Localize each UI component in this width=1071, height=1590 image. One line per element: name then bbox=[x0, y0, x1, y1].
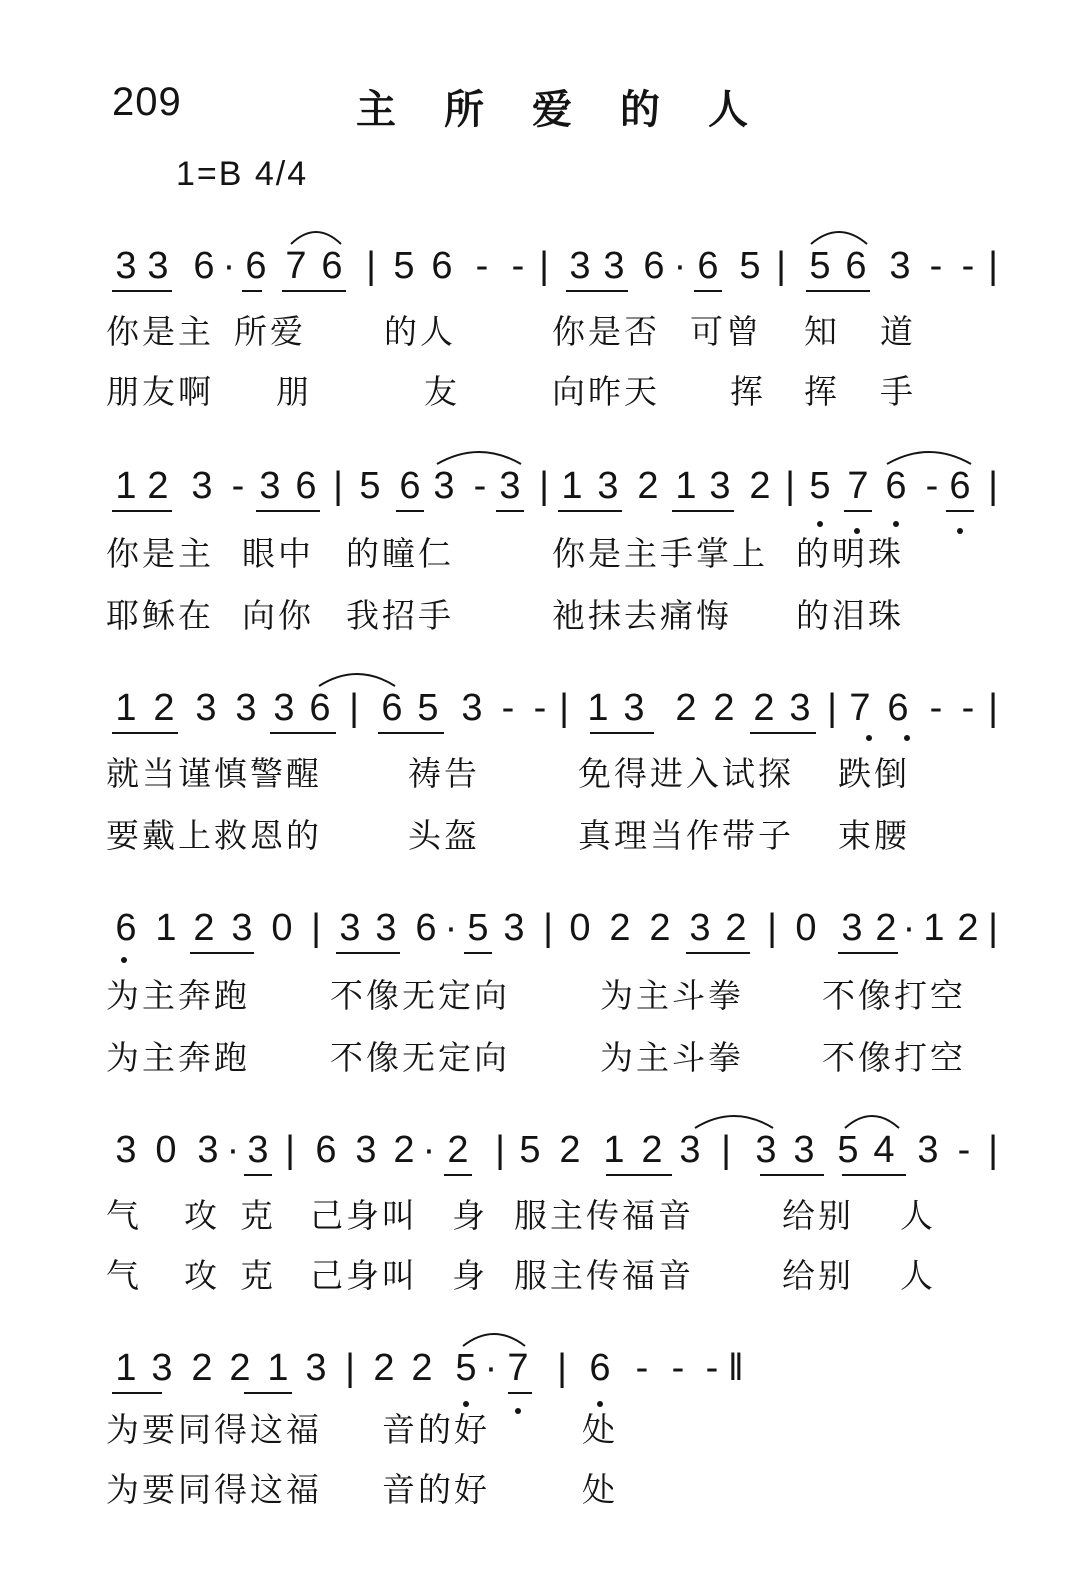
sustain-dash: - bbox=[668, 1346, 688, 1390]
lyric-phrase: 身 bbox=[452, 1196, 488, 1236]
note: 5 bbox=[464, 906, 492, 950]
note: 5 bbox=[516, 1128, 544, 1172]
lyric-phrase: 你是主 bbox=[106, 534, 214, 574]
lyric-phrase: 的泪珠 bbox=[796, 596, 904, 636]
lyric-phrase: 气 bbox=[106, 1256, 142, 1296]
eighth-beam bbox=[112, 1392, 162, 1394]
barline: | bbox=[987, 906, 999, 950]
note: 2 bbox=[408, 1346, 436, 1390]
note: 2 bbox=[556, 1128, 584, 1172]
lyrics-verse-2: 气攻克己身叫身服主传福音给别人 bbox=[0, 1256, 1071, 1300]
note: 3 bbox=[790, 1128, 818, 1172]
barline: | bbox=[556, 1346, 568, 1390]
notation-line: 61230|336·53|02232|032·12| bbox=[0, 906, 1071, 986]
lyric-phrase: 手 bbox=[880, 372, 916, 412]
lyric-phrase: 音的好 bbox=[382, 1470, 490, 1510]
note: 3 bbox=[566, 244, 594, 288]
note: 3 bbox=[914, 1128, 942, 1172]
barline: | bbox=[826, 686, 838, 730]
lyric-phrase: 克 bbox=[240, 1256, 276, 1296]
lyric-phrase: 的瞳仁 bbox=[346, 534, 454, 574]
note: 6 bbox=[412, 906, 440, 950]
sustain-dash: - bbox=[958, 244, 978, 288]
augmentation-dot: · bbox=[444, 906, 458, 950]
hymn-number: 209 bbox=[112, 80, 182, 125]
note: 2 bbox=[710, 686, 738, 730]
note: 2 bbox=[144, 464, 172, 508]
note: 1 bbox=[152, 906, 180, 950]
note: 3 bbox=[112, 1128, 140, 1172]
barline: | bbox=[310, 906, 322, 950]
sustain-dash: - bbox=[926, 244, 946, 288]
note: 2 bbox=[370, 1346, 398, 1390]
note: 3 bbox=[600, 244, 628, 288]
lyrics-verse-2: 朋友啊朋友向昨天挥挥手 bbox=[0, 372, 1071, 416]
note: 2 bbox=[150, 686, 178, 730]
note: 3 bbox=[192, 686, 220, 730]
note: 5 bbox=[356, 464, 384, 508]
lyric-phrase: 友 bbox=[424, 372, 460, 412]
note: 6 bbox=[882, 464, 910, 508]
slur-arc bbox=[886, 444, 972, 468]
note: 3 bbox=[676, 1128, 704, 1172]
barline: | bbox=[987, 244, 999, 288]
barline: | bbox=[494, 1128, 506, 1172]
lyric-phrase: 真理当作带子 bbox=[578, 816, 794, 856]
note: 3 bbox=[270, 686, 298, 730]
note: 3 bbox=[336, 906, 364, 950]
lyric-phrase: 为主斗拳 bbox=[600, 1038, 744, 1078]
note: 1 bbox=[112, 686, 140, 730]
note: 2 bbox=[722, 906, 750, 950]
note: 1 bbox=[584, 686, 612, 730]
note: 1 bbox=[920, 906, 948, 950]
note: 6 bbox=[640, 244, 668, 288]
lyric-phrase: 我招手 bbox=[346, 596, 454, 636]
eighth-beam bbox=[244, 1392, 292, 1394]
eighth-beam bbox=[606, 1174, 672, 1176]
note: 3 bbox=[256, 464, 284, 508]
note: 6 bbox=[946, 464, 974, 508]
lyric-phrase: 跌倒 bbox=[838, 754, 910, 794]
lyric-phrase: 为要同得这福 bbox=[106, 1410, 322, 1450]
eighth-beam bbox=[806, 290, 870, 292]
note: 5 bbox=[806, 244, 834, 288]
slur-arc bbox=[290, 224, 342, 248]
notation-line: 123-36|563-3|132132|576-6| bbox=[0, 464, 1071, 544]
note: 3 bbox=[500, 906, 528, 950]
note: 7 bbox=[282, 244, 310, 288]
lyric-phrase: 服主传福音 bbox=[514, 1196, 694, 1236]
title-char: 爱 bbox=[532, 78, 620, 135]
note: 6 bbox=[292, 464, 320, 508]
eighth-beam bbox=[590, 732, 654, 734]
lyric-phrase: 给别 bbox=[782, 1256, 854, 1296]
augmentation-dot: · bbox=[222, 244, 236, 288]
note: 3 bbox=[302, 1346, 330, 1390]
lyric-phrase: 向昨天 bbox=[552, 372, 660, 412]
note: 6 bbox=[586, 1346, 614, 1390]
note: 3 bbox=[194, 1128, 222, 1172]
title-char: 所 bbox=[444, 78, 532, 135]
note: 6 bbox=[312, 1128, 340, 1172]
note: 3 bbox=[188, 464, 216, 508]
eighth-beam bbox=[566, 290, 628, 292]
note: 3 bbox=[706, 464, 734, 508]
lyric-phrase: 知 bbox=[804, 312, 840, 352]
barline: | bbox=[987, 1128, 999, 1172]
note: 5 bbox=[736, 244, 764, 288]
barline: | bbox=[558, 686, 570, 730]
note: 3 bbox=[458, 686, 486, 730]
augmentation-dot: · bbox=[673, 244, 687, 288]
note: 6 bbox=[378, 686, 406, 730]
note: 3 bbox=[352, 1128, 380, 1172]
note: 2 bbox=[638, 1128, 666, 1172]
note: 2 bbox=[872, 906, 900, 950]
lyric-phrase: 为主奔跑 bbox=[106, 976, 250, 1016]
note: 6 bbox=[842, 244, 870, 288]
barline: | bbox=[344, 1346, 356, 1390]
augmentation-dot: · bbox=[422, 1128, 436, 1172]
eighth-beam bbox=[112, 290, 172, 292]
lyric-phrase: 为主奔跑 bbox=[106, 1038, 250, 1078]
lyric-phrase: 你是否 bbox=[552, 312, 660, 352]
eighth-beam bbox=[242, 290, 262, 292]
eighth-beam bbox=[946, 510, 974, 512]
eighth-beam bbox=[686, 952, 750, 954]
lyric-phrase: 人 bbox=[900, 1256, 936, 1296]
slur-arc bbox=[694, 1108, 774, 1132]
lyric-phrase: 不像无定向 bbox=[330, 1038, 510, 1078]
note: 2 bbox=[606, 906, 634, 950]
eighth-beam bbox=[838, 952, 898, 954]
eighth-beam bbox=[270, 732, 336, 734]
sustain-dash: - bbox=[498, 686, 518, 730]
lyric-phrase: 的明珠 bbox=[796, 534, 904, 574]
lyric-phrase: 为要同得这福 bbox=[106, 1470, 322, 1510]
note: 6 bbox=[318, 244, 346, 288]
note: 2 bbox=[226, 1346, 254, 1390]
lyric-phrase: 攻 bbox=[184, 1256, 220, 1296]
note: 7 bbox=[504, 1346, 532, 1390]
note: 6 bbox=[396, 464, 424, 508]
note: 2 bbox=[390, 1128, 418, 1172]
sustain-dash: - bbox=[228, 464, 248, 508]
sustain-dash: - bbox=[470, 464, 490, 508]
note: 0 bbox=[268, 906, 296, 950]
note: 5 bbox=[452, 1346, 480, 1390]
sustain-dash: - bbox=[702, 1346, 722, 1390]
slur-arc bbox=[318, 666, 396, 690]
lyric-phrase: 为主斗拳 bbox=[600, 976, 744, 1016]
eighth-beam bbox=[396, 510, 424, 512]
low-octave-dot bbox=[904, 735, 910, 741]
low-octave-dot bbox=[866, 735, 872, 741]
eighth-beam bbox=[190, 952, 254, 954]
eighth-beam bbox=[760, 1174, 824, 1176]
eighth-beam bbox=[672, 510, 734, 512]
note: 6 bbox=[694, 244, 722, 288]
lyrics-verse-1: 你是主眼中的瞳仁你是主手掌上的明珠 bbox=[0, 534, 1071, 578]
note: 4 bbox=[870, 1128, 898, 1172]
lyric-phrase: 处 bbox=[582, 1470, 618, 1510]
lyrics-verse-1: 你是主所爱的人你是否可曾知道 bbox=[0, 312, 1071, 356]
lyric-phrase: 朋 bbox=[276, 372, 312, 412]
note: 7 bbox=[846, 686, 874, 730]
note: 0 bbox=[792, 906, 820, 950]
note: 3 bbox=[112, 244, 140, 288]
note: 5 bbox=[390, 244, 418, 288]
barline: | bbox=[538, 464, 550, 508]
note: 2 bbox=[954, 906, 982, 950]
note: 2 bbox=[634, 464, 662, 508]
lyric-phrase: 气 bbox=[106, 1196, 142, 1236]
note: 3 bbox=[244, 1128, 272, 1172]
note: 5 bbox=[806, 464, 834, 508]
low-octave-dot bbox=[817, 521, 823, 527]
barline: | bbox=[284, 1128, 296, 1172]
low-octave-dot bbox=[121, 957, 127, 963]
low-octave-dot bbox=[597, 1401, 603, 1407]
eighth-beam bbox=[496, 510, 524, 512]
note: 5 bbox=[414, 686, 442, 730]
barline: ‖ bbox=[728, 1346, 740, 1390]
barline: | bbox=[766, 906, 778, 950]
note: 2 bbox=[750, 686, 778, 730]
lyric-phrase: 不像无定向 bbox=[330, 976, 510, 1016]
lyric-phrase: 己身叫 bbox=[310, 1256, 418, 1296]
lyrics-verse-1: 为主奔跑不像无定向为主斗拳不像打空 bbox=[0, 976, 1071, 1020]
sustain-dash: - bbox=[954, 1128, 974, 1172]
eighth-beam bbox=[112, 510, 172, 512]
sustain-dash: - bbox=[958, 686, 978, 730]
key-signature: 1=B 4/4 bbox=[176, 155, 308, 194]
eighth-beam bbox=[256, 510, 320, 512]
lyric-phrase: 的人 bbox=[384, 312, 456, 352]
hymn-title: 主所爱的人 bbox=[356, 78, 796, 135]
lyric-phrase: 所爱 bbox=[234, 312, 306, 352]
title-char: 主 bbox=[356, 78, 444, 135]
barline: | bbox=[987, 464, 999, 508]
lyric-phrase: 克 bbox=[240, 1196, 276, 1236]
barline: | bbox=[784, 464, 796, 508]
sustain-dash: - bbox=[922, 464, 942, 508]
lyrics-verse-2: 耶稣在向你我招手祂抹去痛悔的泪珠 bbox=[0, 596, 1071, 640]
lyric-phrase: 要戴上救恩的 bbox=[106, 816, 322, 856]
eighth-beam bbox=[750, 732, 816, 734]
lyric-phrase: 朋友啊 bbox=[106, 372, 214, 412]
eighth-beam bbox=[508, 1392, 532, 1394]
eighth-beam bbox=[336, 952, 400, 954]
lyric-phrase: 就当谨慎警醒 bbox=[106, 754, 322, 794]
note: 7 bbox=[844, 464, 872, 508]
eighth-beam bbox=[378, 732, 444, 734]
augmentation-dot: · bbox=[226, 1128, 240, 1172]
eighth-beam bbox=[112, 732, 178, 734]
lyric-phrase: 挥 bbox=[730, 372, 766, 412]
note: 0 bbox=[566, 906, 594, 950]
lyric-phrase: 不像打空 bbox=[822, 1038, 966, 1078]
lyric-phrase: 处 bbox=[582, 1410, 618, 1450]
title-char: 的 bbox=[620, 78, 708, 135]
barline: | bbox=[987, 686, 999, 730]
note: 1 bbox=[672, 464, 700, 508]
note: 3 bbox=[144, 244, 172, 288]
augmentation-dot: · bbox=[484, 1346, 498, 1390]
eighth-beam bbox=[244, 1174, 272, 1176]
sustain-dash: - bbox=[926, 686, 946, 730]
note: 3 bbox=[232, 686, 260, 730]
note: 2 bbox=[646, 906, 674, 950]
lyric-phrase: 免得进入试探 bbox=[578, 754, 794, 794]
note: 3 bbox=[594, 464, 622, 508]
eighth-beam bbox=[558, 510, 622, 512]
note: 3 bbox=[786, 686, 814, 730]
sustain-dash: - bbox=[472, 244, 492, 288]
eighth-beam bbox=[694, 290, 722, 292]
note: 1 bbox=[112, 1346, 140, 1390]
note: 6 bbox=[190, 244, 218, 288]
lyric-phrase: 束腰 bbox=[838, 816, 910, 856]
low-octave-dot bbox=[463, 1401, 469, 1407]
lyric-phrase: 头盔 bbox=[408, 816, 480, 856]
note: 3 bbox=[372, 906, 400, 950]
lyric-phrase: 道 bbox=[880, 312, 916, 352]
title-char: 人 bbox=[708, 78, 796, 135]
augmentation-dot: · bbox=[902, 906, 916, 950]
lyric-phrase: 己身叫 bbox=[310, 1196, 418, 1236]
barline: | bbox=[542, 906, 554, 950]
lyric-phrase: 眼中 bbox=[242, 534, 314, 574]
lyric-phrase: 向你 bbox=[242, 596, 314, 636]
note: 2 bbox=[444, 1128, 472, 1172]
sustain-dash: - bbox=[508, 244, 528, 288]
lyrics-verse-2: 为要同得这福音的好处 bbox=[0, 1470, 1071, 1514]
lyric-phrase: 不像打空 bbox=[822, 976, 966, 1016]
eighth-beam bbox=[282, 290, 346, 292]
lyric-phrase: 祷告 bbox=[408, 754, 480, 794]
note: 3 bbox=[620, 686, 648, 730]
note: 1 bbox=[264, 1346, 292, 1390]
note: 6 bbox=[428, 244, 456, 288]
note: 3 bbox=[838, 906, 866, 950]
note: 2 bbox=[746, 464, 774, 508]
note: 6 bbox=[884, 686, 912, 730]
lyric-phrase: 可曾 bbox=[690, 312, 762, 352]
note: 3 bbox=[496, 464, 524, 508]
eighth-beam bbox=[842, 1174, 906, 1176]
note: 3 bbox=[686, 906, 714, 950]
note: 3 bbox=[752, 1128, 780, 1172]
lyrics-verse-1: 为要同得这福音的好处 bbox=[0, 1410, 1071, 1454]
eighth-beam bbox=[444, 1174, 472, 1176]
note: 2 bbox=[190, 906, 218, 950]
lyric-phrase: 耶稣在 bbox=[106, 596, 214, 636]
barline: | bbox=[720, 1128, 732, 1172]
lyric-phrase: 音的好 bbox=[382, 1410, 490, 1450]
lyric-phrase: 祂抹去痛悔 bbox=[552, 596, 732, 636]
slur-arc bbox=[810, 224, 868, 248]
lyric-phrase: 人 bbox=[900, 1196, 936, 1236]
note: 0 bbox=[152, 1128, 180, 1172]
sustain-dash: - bbox=[530, 686, 550, 730]
note: 1 bbox=[558, 464, 586, 508]
slur-arc bbox=[844, 1108, 900, 1132]
note: 3 bbox=[148, 1346, 176, 1390]
barline: | bbox=[365, 244, 377, 288]
barline: | bbox=[332, 464, 344, 508]
lyrics-verse-1: 气攻克己身叫身服主传福音给别人 bbox=[0, 1196, 1071, 1240]
lyric-phrase: 挥 bbox=[804, 372, 840, 412]
lyric-phrase: 你是主手掌上 bbox=[552, 534, 768, 574]
lyric-phrase: 给别 bbox=[782, 1196, 854, 1236]
lyrics-verse-2: 要戴上救恩的头盔真理当作带子束腰 bbox=[0, 816, 1071, 860]
note: 3 bbox=[886, 244, 914, 288]
eighth-beam bbox=[464, 952, 492, 954]
note: 1 bbox=[112, 464, 140, 508]
barline: | bbox=[775, 244, 787, 288]
lyric-phrase: 服主传福音 bbox=[514, 1256, 694, 1296]
note: 6 bbox=[242, 244, 270, 288]
note: 3 bbox=[228, 906, 256, 950]
note: 6 bbox=[306, 686, 334, 730]
sustain-dash: - bbox=[632, 1346, 652, 1390]
note: 2 bbox=[188, 1346, 216, 1390]
lyrics-verse-2: 为主奔跑不像无定向为主斗拳不像打空 bbox=[0, 1038, 1071, 1082]
note: 1 bbox=[600, 1128, 628, 1172]
eighth-beam bbox=[844, 510, 872, 512]
lyrics-verse-1: 就当谨慎警醒祷告免得进入试探跌倒 bbox=[0, 754, 1071, 798]
lyric-phrase: 身 bbox=[452, 1256, 488, 1296]
lyric-phrase: 你是主 bbox=[106, 312, 214, 352]
slur-arc bbox=[462, 1326, 526, 1350]
lyric-phrase: 攻 bbox=[184, 1196, 220, 1236]
low-octave-dot bbox=[893, 521, 899, 527]
slur-arc bbox=[436, 444, 522, 468]
barline: | bbox=[348, 686, 360, 730]
note: 3 bbox=[430, 464, 458, 508]
barline: | bbox=[538, 244, 550, 288]
note: 5 bbox=[834, 1128, 862, 1172]
note: 6 bbox=[112, 906, 140, 950]
note: 2 bbox=[672, 686, 700, 730]
